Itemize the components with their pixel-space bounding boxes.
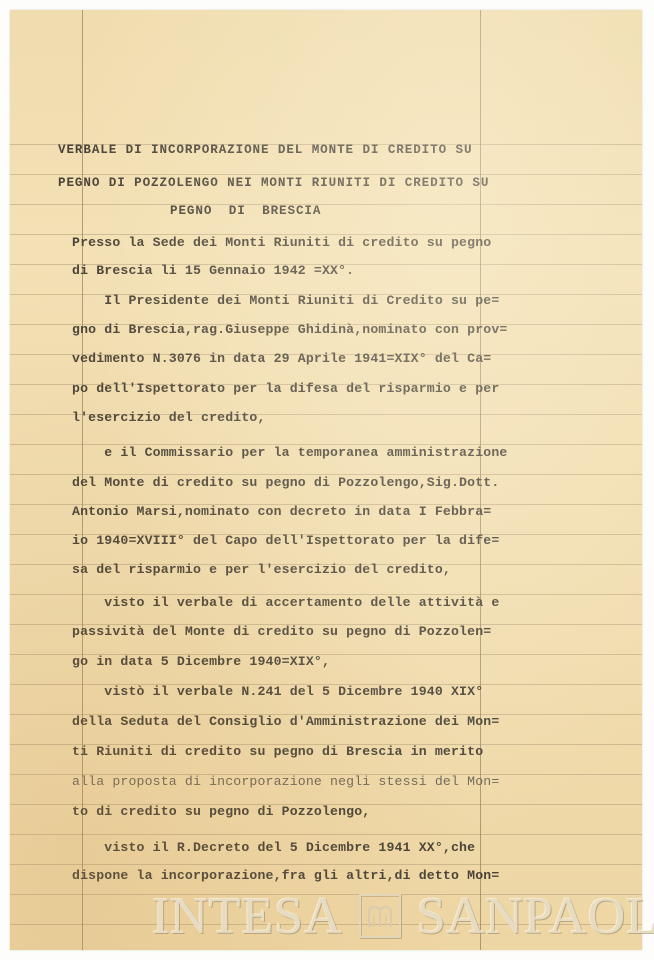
ruled-line <box>10 834 642 835</box>
watermark: INTESA SANPAOLO <box>152 888 654 944</box>
body-line: visto il verbale di accertamento delle a… <box>72 595 499 611</box>
body-line: della Seduta del Consiglio d'Amministraz… <box>72 714 499 730</box>
document-title-line-2: PEGNO DI POZZOLENGO NEI MONTI RIUNITI DI… <box>58 175 489 191</box>
body-line: e il Commissario per la temporanea ammin… <box>72 445 507 461</box>
document-page: VERBALE DI INCORPORAZIONE DEL MONTE DI C… <box>10 10 642 950</box>
body-line: visto il R.Decreto del 5 Dicembre 1941 X… <box>72 840 475 856</box>
watermark-left-text: INTESA <box>152 887 343 946</box>
body-line: l'esercizio del credito, <box>72 410 266 426</box>
body-line: sa del risparmio e per l'esercizio del c… <box>72 562 451 578</box>
document-title-line-1: VERBALE DI INCORPORAZIONE DEL MONTE DI C… <box>58 142 472 158</box>
body-line: vedimento N.3076 in data 29 Aprile 1941=… <box>72 351 491 367</box>
ruled-line <box>10 204 642 205</box>
body-line: dispone la incorporazione,fra gli altri,… <box>72 868 499 884</box>
ruled-line <box>10 864 642 865</box>
body-line: vistò il verbale N.241 del 5 Dicembre 19… <box>72 684 483 700</box>
body-line: to di credito su pegno di Pozzolengo, <box>72 804 370 820</box>
body-line: Antonio Marsi,nominato con decreto in da… <box>72 504 491 520</box>
body-line: del Monte di credito su pegno di Pozzole… <box>72 475 499 491</box>
body-line: Il Presidente dei Monti Riuniti di Credi… <box>72 293 499 309</box>
intesa-sanpaolo-logo-icon <box>359 894 401 938</box>
body-line: io 1940=XVIII° del Capo dell'Ispettorato… <box>72 533 499 549</box>
document-title-line-3: PEGNO DI BRESCIA <box>170 203 321 219</box>
body-line: po dell'Ispettorato per la difesa del ri… <box>72 381 499 397</box>
body-line: passività del Monte di credito su pegno … <box>72 624 491 640</box>
body-line: di Brescia li 15 Gennaio 1942 =XX°. <box>72 263 354 279</box>
body-line: Presso la Sede dei Monti Riuniti di cred… <box>72 235 491 251</box>
body-line: go in data 5 Dicembre 1940=XIX°, <box>72 654 330 670</box>
body-line: alla proposta di incorporazione negli st… <box>72 774 499 790</box>
body-line: ti Riuniti di credito su pegno di Bresci… <box>72 744 483 760</box>
watermark-right-text: SANPAOLO <box>417 887 654 946</box>
body-line: gno di Brescia,rag.Giuseppe Ghidinà,nomi… <box>72 322 507 338</box>
